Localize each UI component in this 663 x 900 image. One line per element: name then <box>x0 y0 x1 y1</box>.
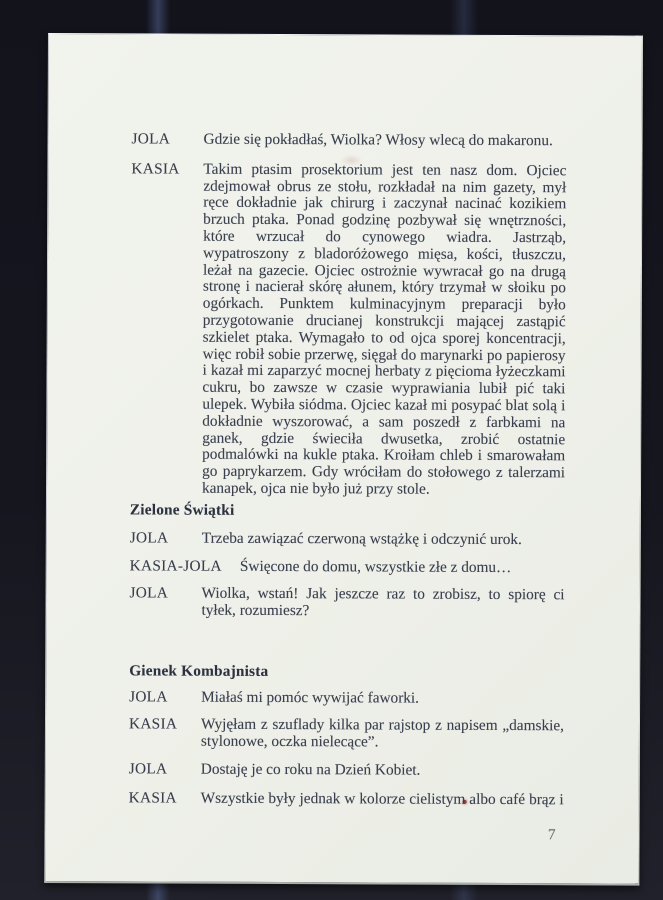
dialogue-text: Wszystkie były jednak w kolorze cielisty… <box>201 790 564 808</box>
speaker-name: JOLA <box>129 585 201 619</box>
dialogue-entry: KASIA Wszystkie były jednak w kolorze ci… <box>129 790 564 809</box>
dialogue-entry: JOLA Dostaję je co roku na Dzień Kobiet. <box>129 761 564 780</box>
speaker-name: JOLA <box>129 761 201 778</box>
page-number: 7 <box>128 825 563 844</box>
scene-heading: Gienek Kombajnista <box>129 663 564 682</box>
dialogue-entry: JOLA Trzeba zawiązać czerwoną wstążkę i … <box>130 530 565 549</box>
scan-background: JOLA Gdzie się pokładłaś, Wiolka? Włosy … <box>0 0 663 900</box>
dialogue-entry: KASIA-JOLA Święcone do domu, wszystkie z… <box>130 559 565 578</box>
dialogue-entry: JOLA Wiolka, wstań! Jak jeszcze raz to z… <box>129 585 564 620</box>
dialogue-entry: JOLA Gdzie się pokładłaś, Wiolka? Włosy … <box>131 131 566 150</box>
speaker-name: KASIA-JOLA <box>130 559 222 576</box>
speaker-name: KASIA <box>129 790 201 807</box>
speaker-name: JOLA <box>129 689 201 706</box>
dialogue-text: Gdzie się pokładłaś, Wiolka? Włosy wlecą… <box>203 132 566 150</box>
speaker-name: KASIA <box>129 717 201 751</box>
dialogue-text: Takim ptasim prosektorium jest ten nasz … <box>202 161 566 499</box>
dialogue-text: Miałaś mi pomóc wywijać faworki. <box>201 689 564 707</box>
dialogue-entry: KASIA Wyjęłam z szuflady kilka par rajst… <box>129 717 564 752</box>
dialogue-entry: KASIA Takim ptasim prosektorium jest ten… <box>130 161 566 499</box>
dialogue-text: Święcone do domu, wszystkie złe z domu… <box>222 559 565 577</box>
dialogue-text: Dostaję je co roku na Dzień Kobiet. <box>201 762 564 780</box>
speaker-name: KASIA <box>130 161 203 497</box>
speaker-name: JOLA <box>130 530 202 547</box>
dialogue-text: Wyjęłam z szuflady kilka par rajstop z n… <box>201 717 564 752</box>
dialogue-text: Trzeba zawiązać czerwoną wstążkę i odczy… <box>202 530 565 548</box>
speaker-name: JOLA <box>131 131 203 148</box>
dialogue-entry: JOLA Miałaś mi pomóc wywijać faworki. <box>129 689 564 708</box>
page-content: JOLA Gdzie się pokładłaś, Wiolka? Włosy … <box>45 34 642 884</box>
scene-heading: Zielone Świątki <box>130 502 565 521</box>
dialogue-text: Wiolka, wstań! Jak jeszcze raz to zrobis… <box>201 586 564 621</box>
document-page: JOLA Gdzie się pokładłaś, Wiolka? Włosy … <box>44 33 643 886</box>
